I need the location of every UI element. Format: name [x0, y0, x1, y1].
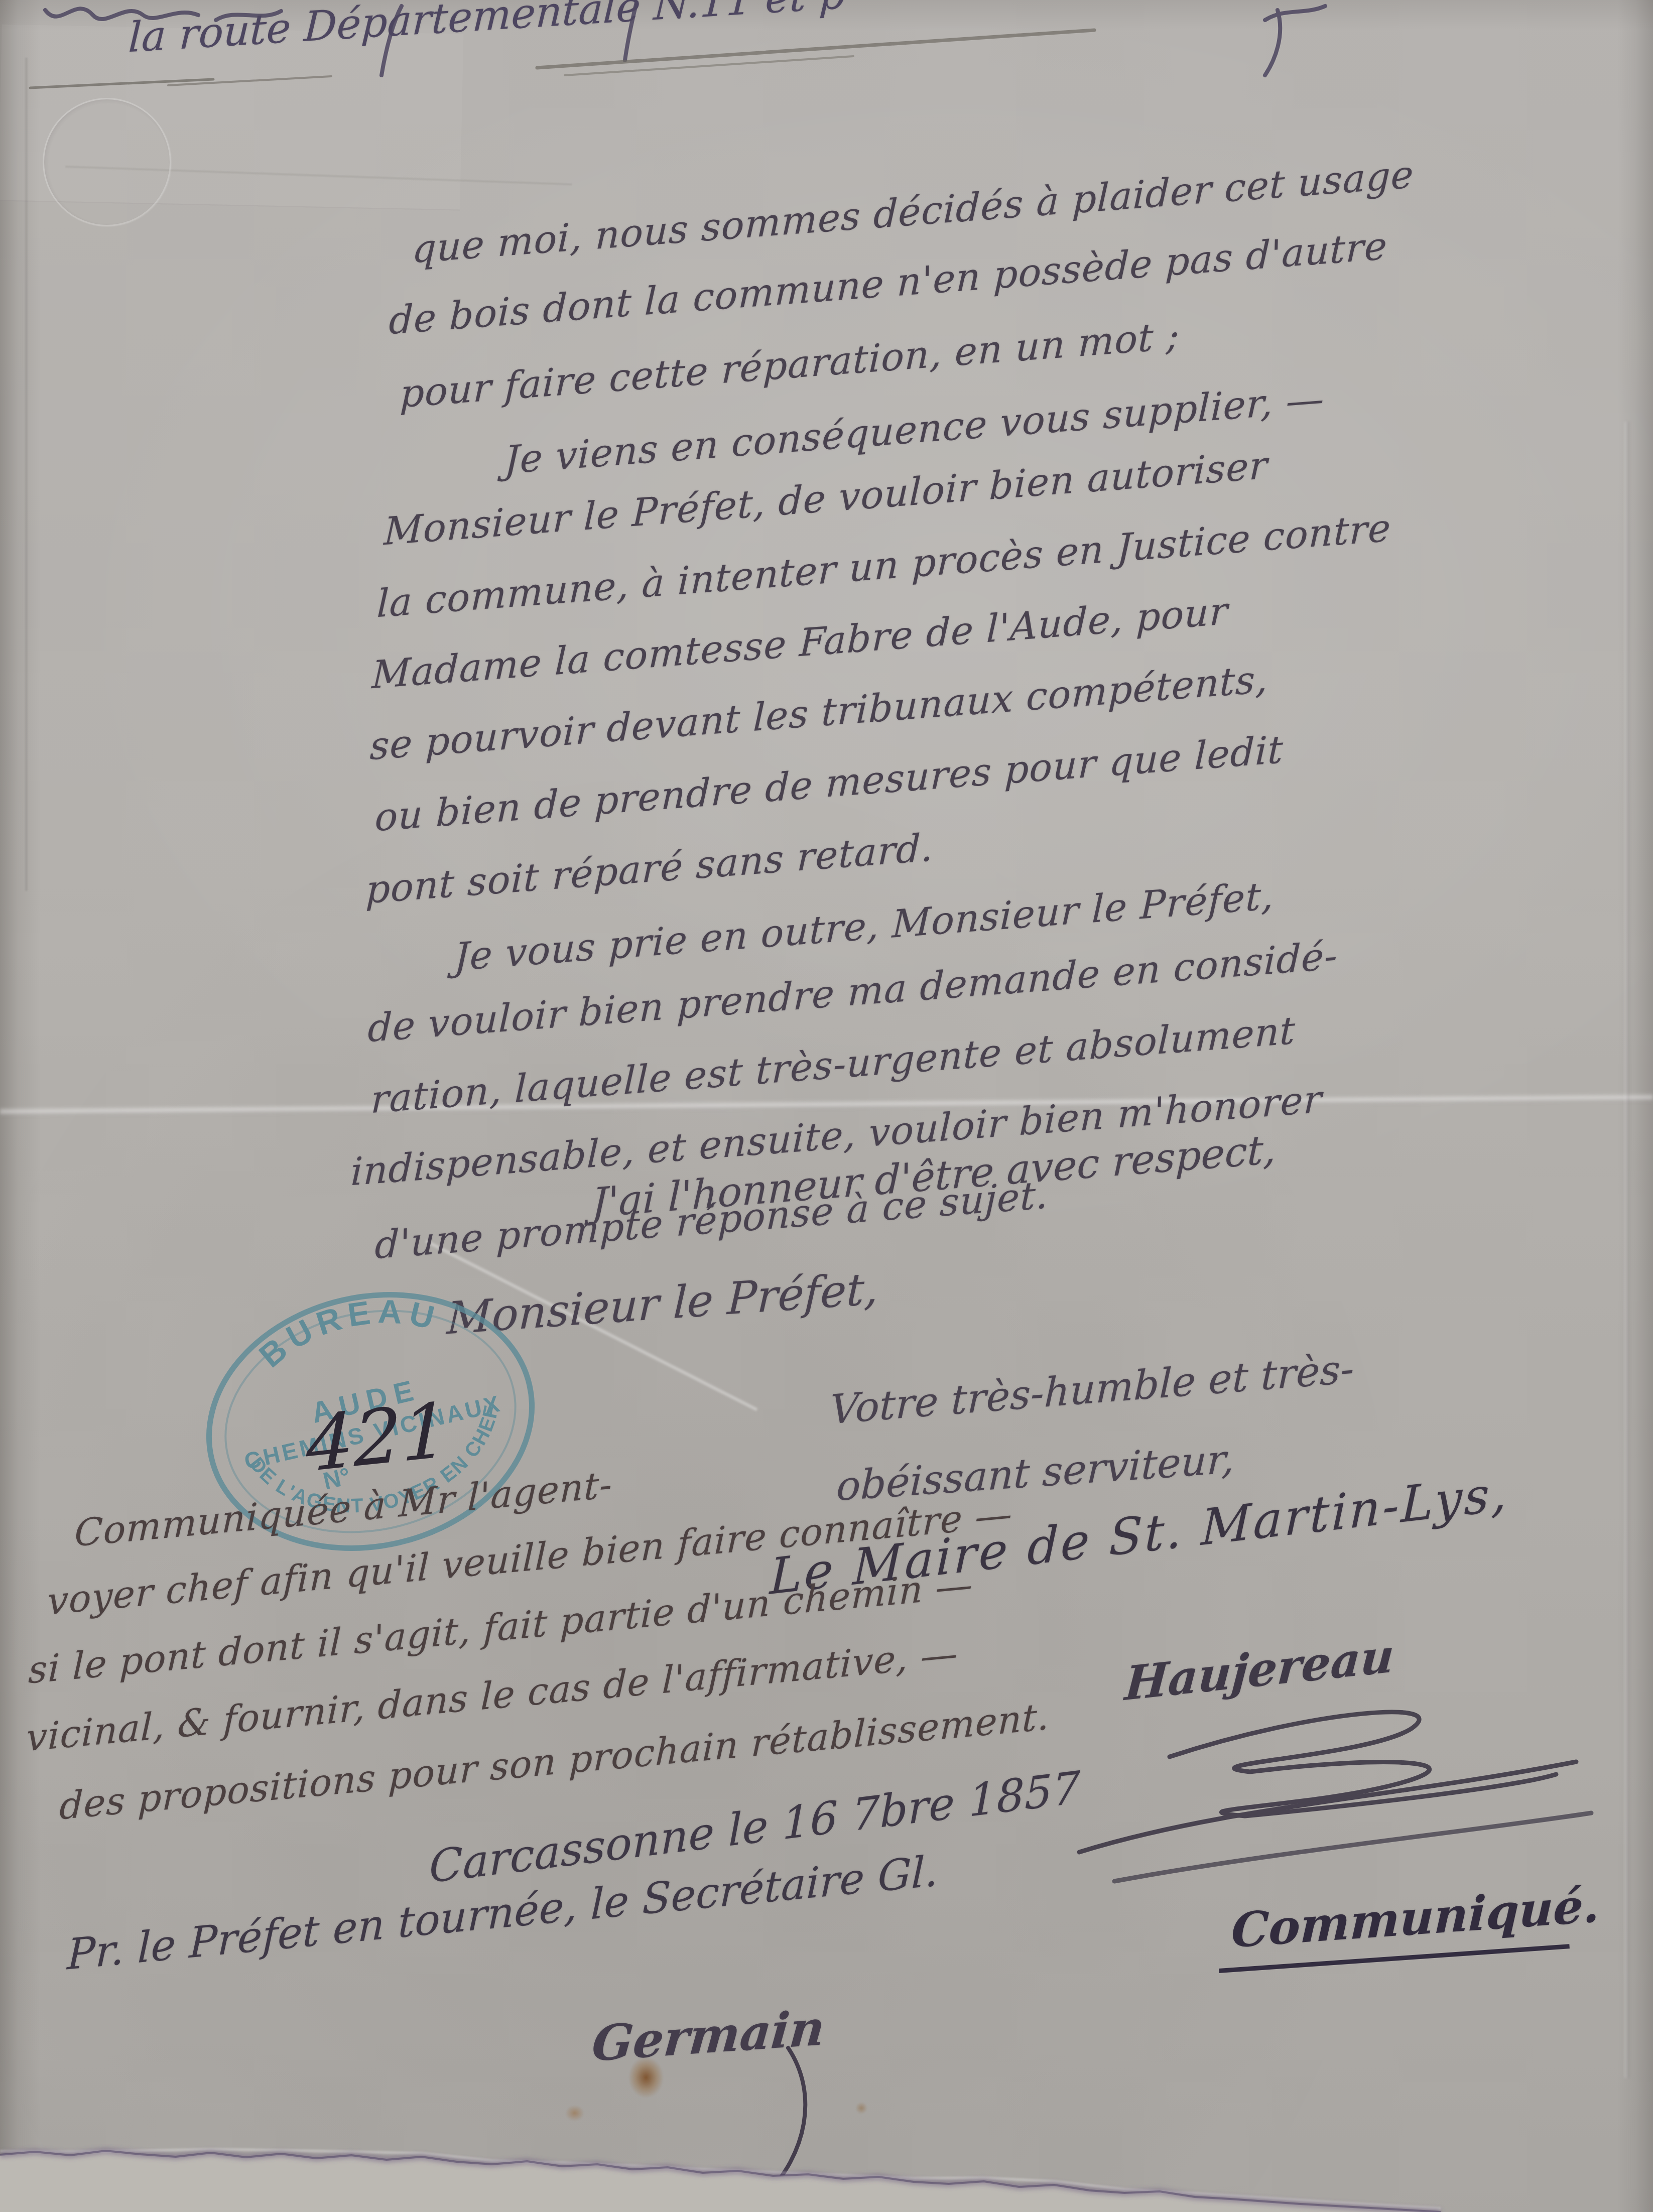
fold-crease: [0, 1093, 1653, 1116]
closing-humble-line1: Votre très-humble et très-: [830, 1345, 1355, 1434]
letter-paper: la route Départementale N.11 et p que mo…: [0, 0, 1653, 2212]
signature-paraph: [1014, 1681, 1616, 1897]
right-edge-shadow: [1618, 0, 1653, 2212]
fold-crease: [25, 58, 28, 891]
fold-crease: [1624, 422, 1629, 2078]
stamp-handwritten-number: 421: [306, 1386, 449, 1489]
stamp-arc-top-text: BUREAU: [246, 1286, 451, 1378]
closing-humble-line2: obéissant serviteur,: [836, 1436, 1235, 1510]
fold-crease: [65, 166, 572, 185]
torn-bottom-edge: [0, 2050, 1653, 2212]
body-line: pont soit réparé sans retard.: [365, 825, 934, 912]
svg-text:BUREAU: BUREAU: [246, 1286, 451, 1378]
letter-photo: la route Départementale N.11 et p que mo…: [0, 0, 1653, 2212]
left-edge-shadow: [0, 0, 40, 2212]
